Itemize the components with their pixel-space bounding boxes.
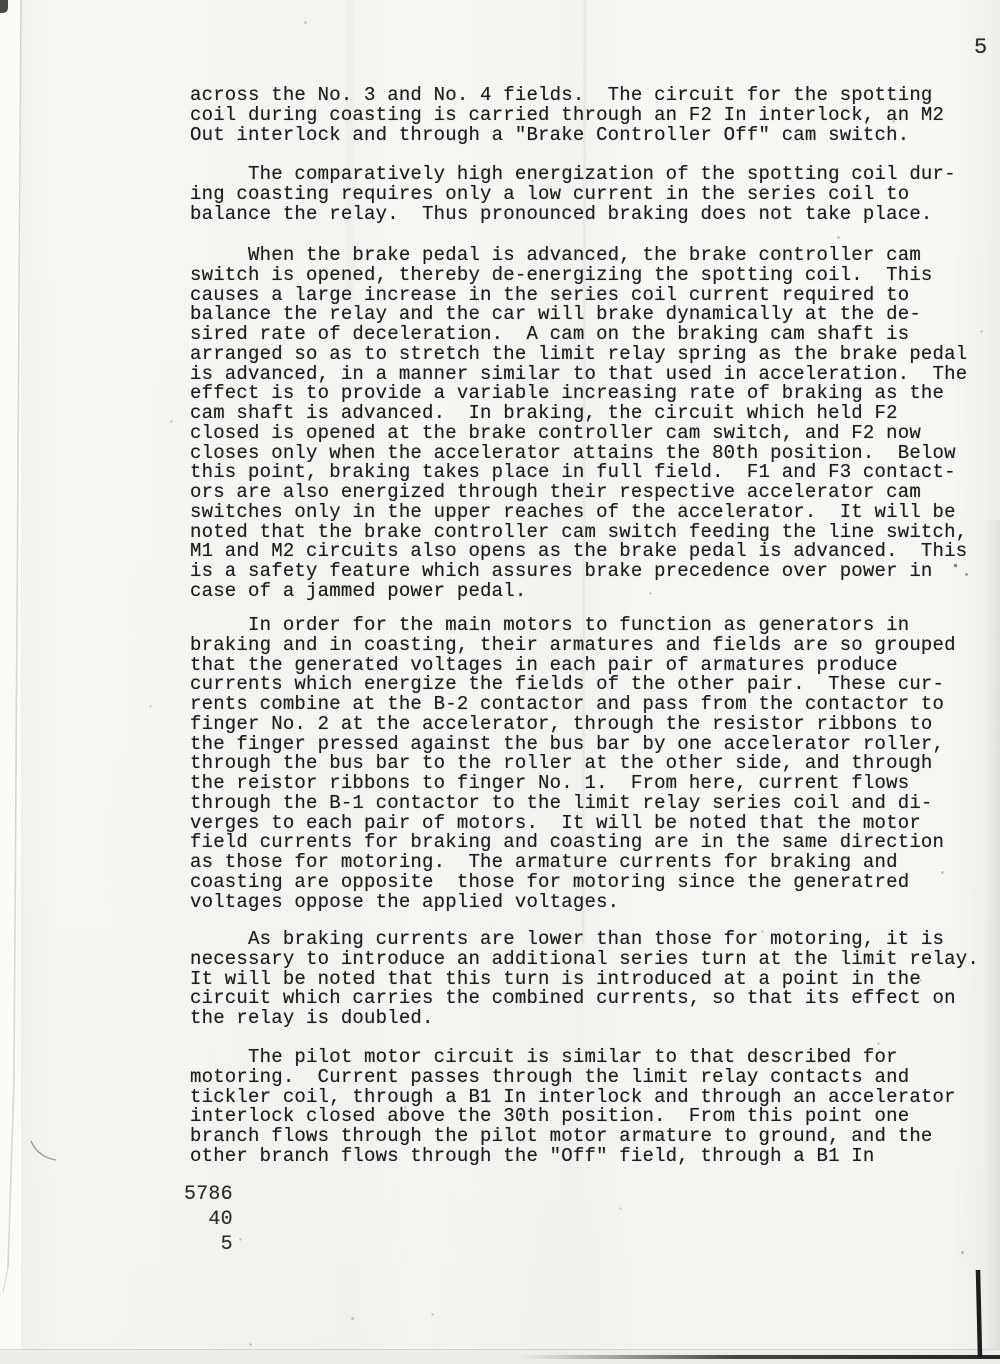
page-corner-crease [3, 1268, 8, 1292]
page: 5 across the No. 3 and No. 4 fields. The… [21, 0, 1000, 1350]
scanner-corner-mark [0, 0, 8, 13]
paragraph-5: As braking currents are lower than those… [190, 930, 979, 1029]
footer-reference-number: 5786 40 5 [184, 1182, 233, 1257]
paragraph-6: The pilot motor circuit is similar to th… [190, 1048, 956, 1167]
paragraph-1: across the No. 3 and No. 4 fields. The c… [190, 86, 944, 145]
paragraph-3: When the brake pedal is advanced, the br… [190, 246, 967, 602]
paragraph-2: The comparatively high energization of t… [190, 165, 956, 224]
paper-specks [0, 0, 1, 1]
page-edge-line [8, 0, 21, 1268]
scanned-document: 5 across the No. 3 and No. 4 fields. The… [0, 0, 1000, 1364]
page-number: 5 [974, 35, 987, 60]
scanner-bed-strip [0, 1349, 1000, 1364]
paragraph-4: In order for the main motors to function… [190, 616, 956, 912]
page-edge-shading [984, 520, 1000, 1350]
